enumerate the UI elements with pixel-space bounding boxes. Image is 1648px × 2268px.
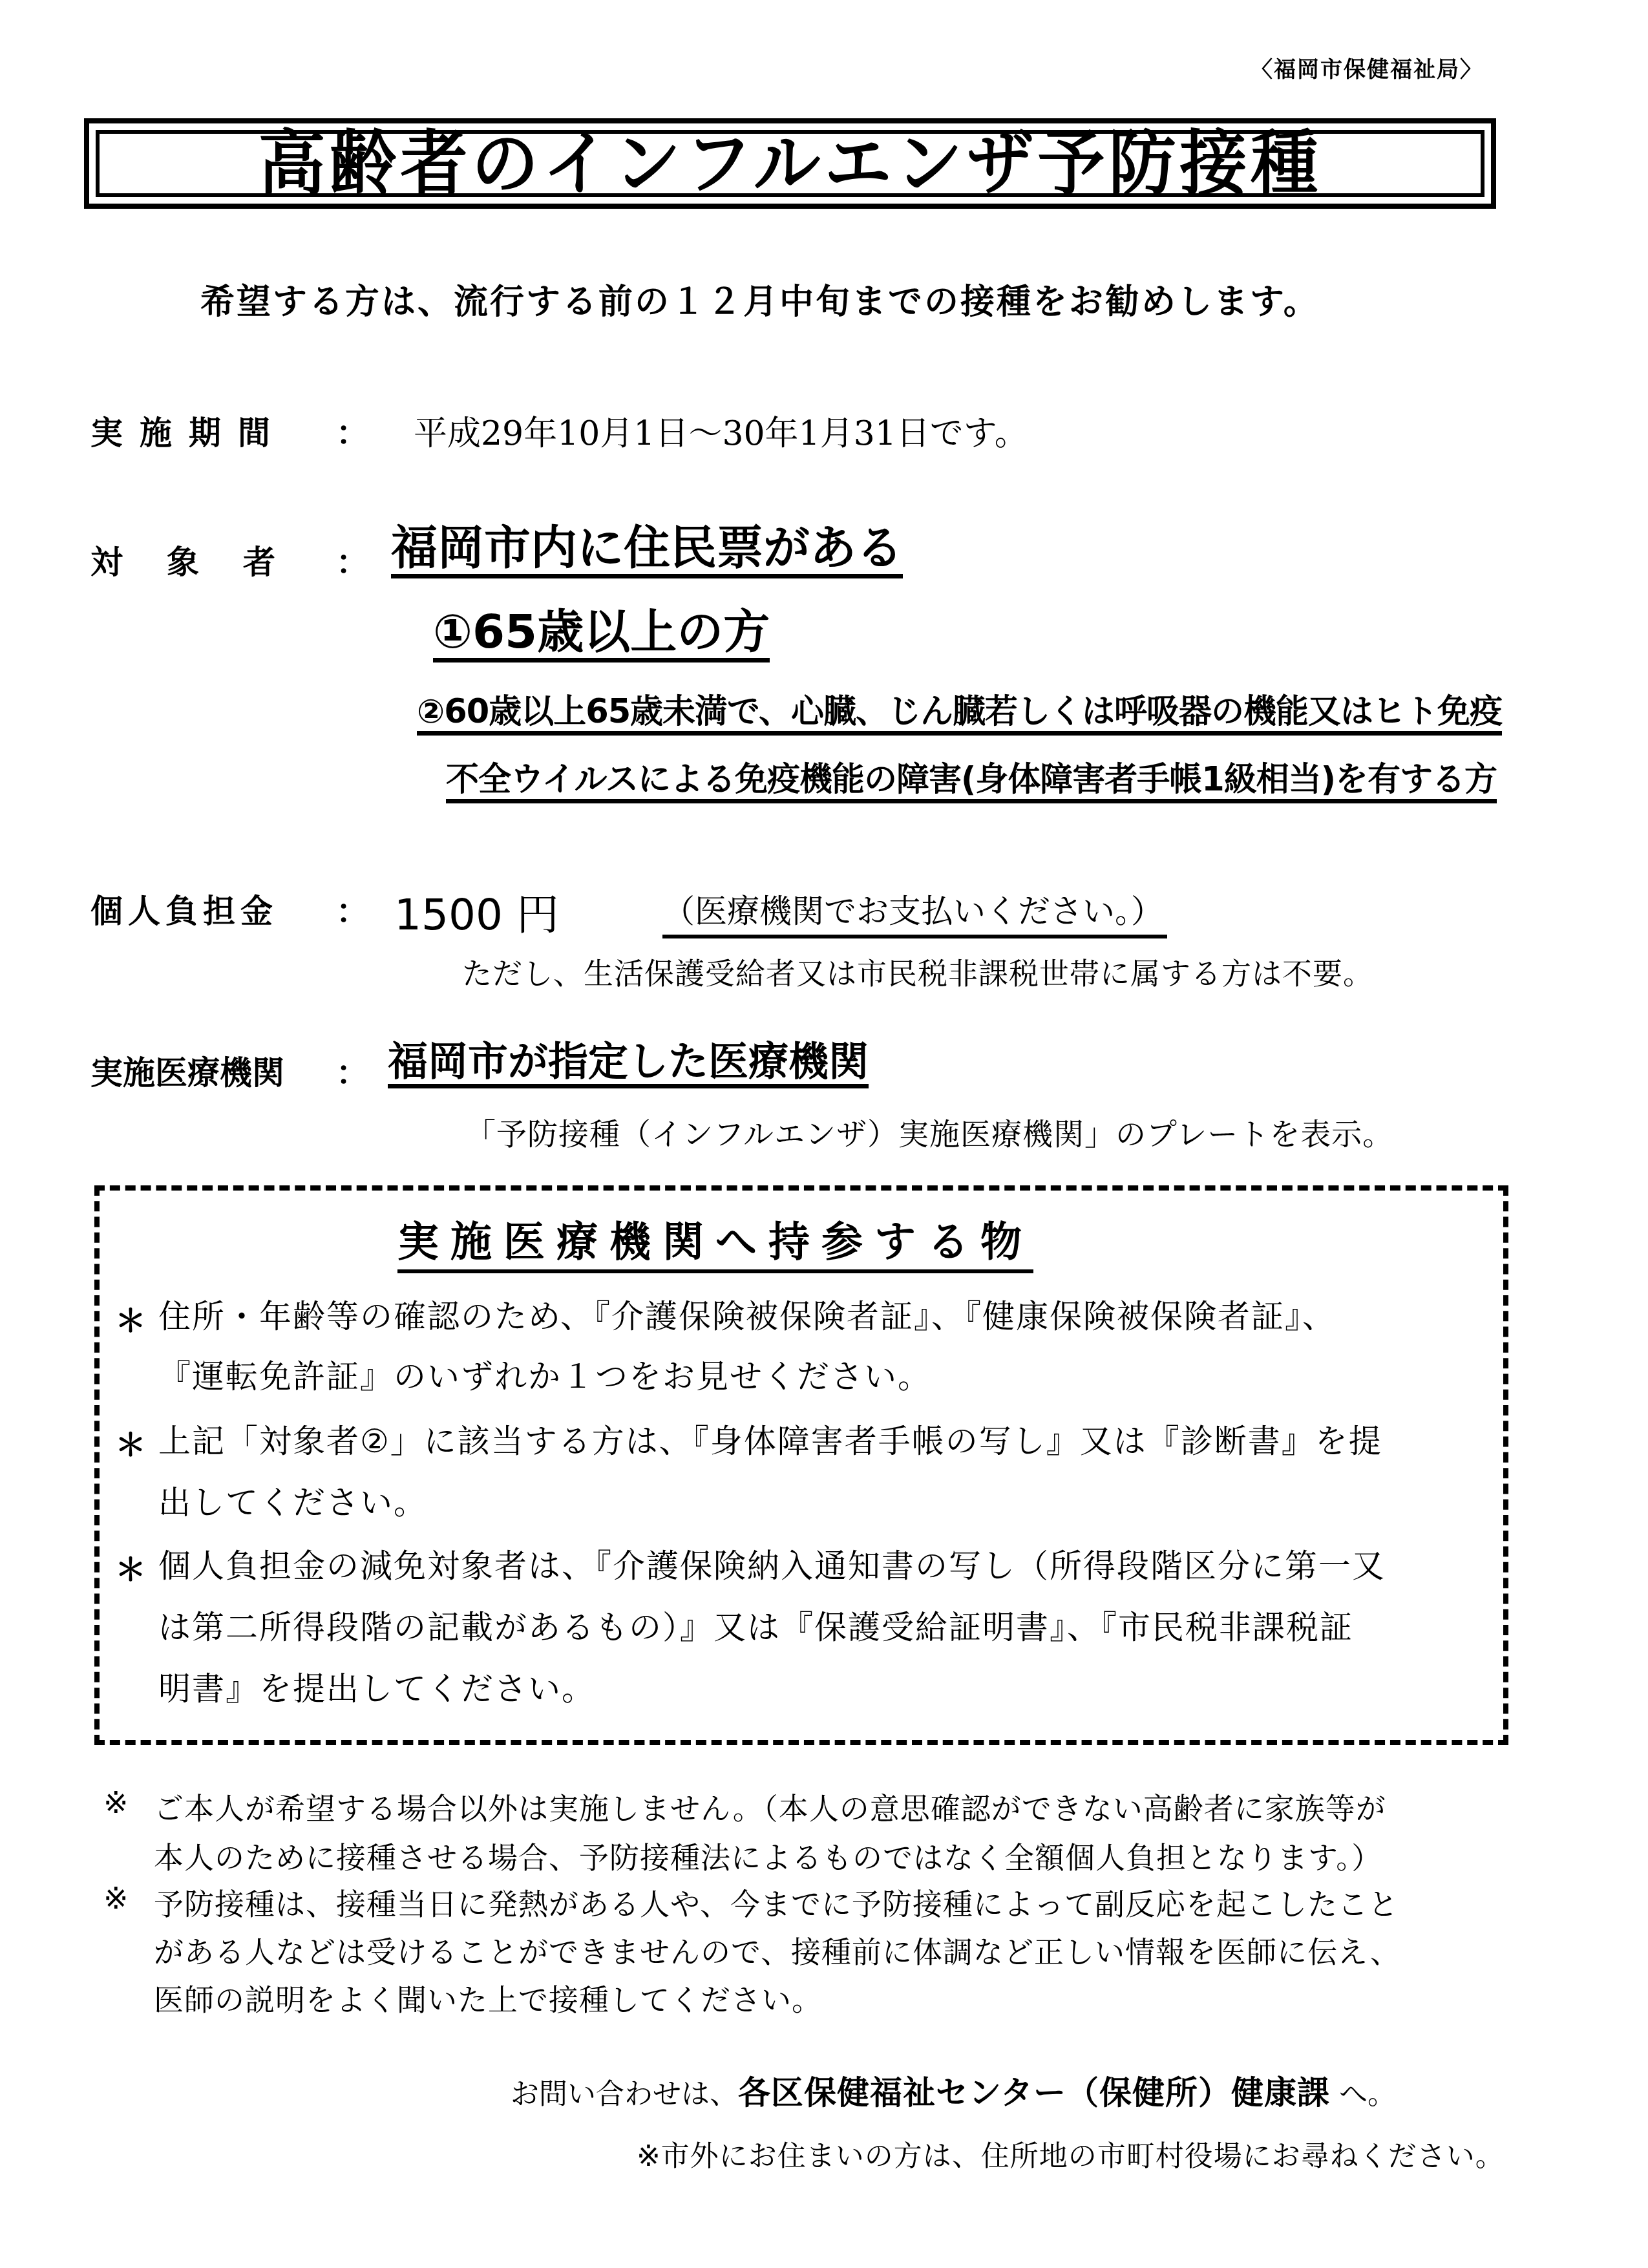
lead-text: 希望する方は、流行する前の１２月中旬までの接種をお勧めします。 (200, 275, 1320, 324)
note-1-line2: 本人のために接種させる場合、予防接種法によるものではなく全額個人負担となります。… (154, 1834, 1382, 1877)
bring-item-2-line1: 上記「対象者②」に該当する方は、『身体障害者手帳の写し』又は『診断書』を提 (158, 1415, 1382, 1462)
bring-item-3-line3: 明書』を提出してください。 (158, 1663, 595, 1710)
institution-plate-note: 「予防接種（インフルエンザ）実施医療機関」のプレートを表示。 (465, 1110, 1393, 1154)
bring-item-1-line2: 『運転免許証』のいずれか１つをお見せください。 (158, 1351, 931, 1397)
institution-colon: ： (336, 1047, 368, 1094)
period-label: 実施期間 (90, 407, 287, 454)
target-main: 福岡市内に住民票がある (391, 524, 903, 578)
reference-mark-icon: ※ (103, 1881, 129, 1916)
target-item-2-line2: 不全ウイルスによる免疫機能の障害(身体障害者手帳1級相当)を有する方 (446, 763, 1497, 803)
note-1-line1: ご本人が希望する場合以外は実施しません。（本人の意思確認ができない高齢者に家族等… (154, 1785, 1386, 1828)
target-colon: ： (336, 536, 368, 583)
institution-label: 実施医療機関 (90, 1047, 284, 1094)
bring-item-1-line1: 住所・年齢等の確認のため、『介護保険被保険者証』、『健康保険被保険者証』、 (158, 1291, 1336, 1337)
title-box: 高齢者のインフルエンザ予防接種 (84, 118, 1496, 209)
bullet-star-icon: ＊ (115, 1296, 146, 1341)
fee-value: 1500 円 (394, 880, 559, 942)
note-2-line2: がある人などは受けることができませんので、接種前に体調など正しい情報を医師に伝え… (154, 1929, 1400, 1971)
title-box-inner: 高齢者のインフルエンザ予防接種 (96, 130, 1484, 197)
fee-payment-note: （医療機関でお支払いください。） (662, 885, 1167, 938)
fee-exemption-note: ただし、生活保護受給者又は市民税非課税世帯に属する方は不要。 (462, 950, 1373, 993)
fee-colon: ： (336, 885, 368, 932)
note-2-line1: 予防接種は、接種当日に発熱がある人や、今までに予防接種によって副反応を起こしたこ… (154, 1881, 1399, 1924)
outside-city-note: ※市外にお住まいの方は、住所地の市町村役場にお尋ねください。 (637, 2133, 1505, 2174)
reference-mark-icon: ※ (103, 1785, 129, 1820)
period-colon: ： (336, 407, 368, 454)
contact-line: お問い合わせは、各区保健福祉センター（保健所）健康課 へ。 (511, 2067, 1396, 2114)
bring-items-heading: 実施医療機関へ持参する物 (397, 1209, 1033, 1273)
note-2-line3: 医師の説明をよく聞いた上で接種してください。 (154, 1977, 822, 2019)
fee-label: 個人負担金 (90, 885, 278, 932)
target-item-1: ①65歳以上の方 (433, 608, 770, 662)
bring-item-3-line1: 個人負担金の減免対象者は、『介護保険納入通知書の写し（所得段階区分に第一又 (158, 1540, 1386, 1587)
bring-item-2-line2: 出してください。 (158, 1477, 427, 1523)
contact-prefix: お問い合わせは、 (511, 2078, 738, 2111)
page-title: 高齢者のインフルエンザ予防接種 (259, 128, 1322, 198)
period-value: 平成29年10月1日～30年1月31日です。 (414, 406, 1028, 454)
contact-office: 各区保健福祉センター（保健所）健康課 (738, 2074, 1330, 2112)
issuer-label: 〈福岡市保健福祉局〉 (1251, 52, 1483, 83)
bullet-star-icon: ＊ (115, 1420, 146, 1465)
contact-suffix: へ。 (1330, 2078, 1396, 2111)
bullet-star-icon: ＊ (115, 1545, 146, 1589)
target-label: 対象者 (90, 536, 319, 583)
bring-item-3-line2: は第二所得段階の記載があるもの）』又は『保護受給証明書』、『市民税非課税証 (158, 1602, 1353, 1648)
target-item-2-line1: ②60歳以上65歳未満で、心臓、じん臓若しくは呼吸器の機能又はヒト免疫 (417, 695, 1502, 736)
institution-value: 福岡市が指定した医療機関 (388, 1041, 869, 1088)
